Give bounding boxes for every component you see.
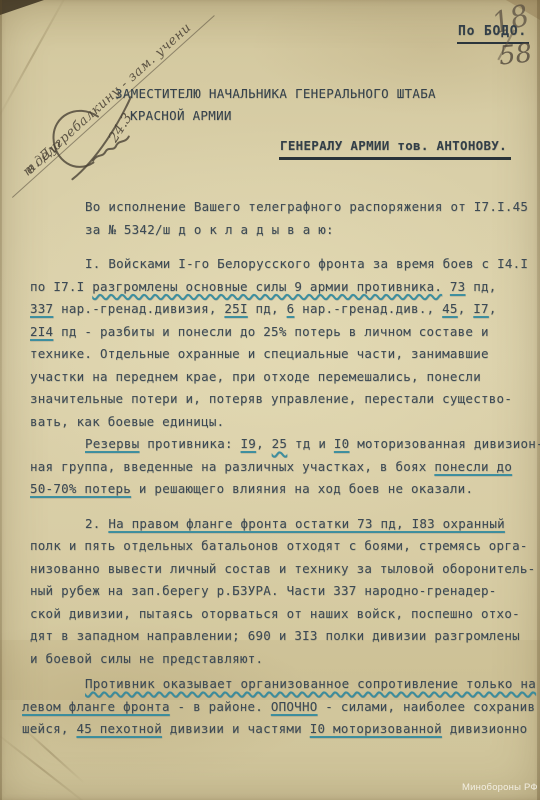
typed-text: тд и	[287, 436, 334, 451]
pencil-underlined-text: Противник оказывает организованное сопро…	[85, 676, 536, 691]
body-line: вать, как боевые единицы.	[30, 411, 540, 434]
typed-text: участки на переднем крае, при отходе пер…	[30, 369, 481, 384]
typed-text: значительные потери и, потеряв управлени…	[30, 391, 512, 406]
body-line: ный рубеж на зап.берегу р.БЗУРА. Части 3…	[30, 580, 540, 603]
pencil-underlined-text: I0 моторизованной	[310, 721, 442, 736]
typed-text: ная группа, введенные на различных участ…	[30, 459, 434, 474]
document-body: Во исполнение Вашего телеграфного распор…	[30, 196, 540, 741]
body-line: ской дивизии, пытаясь оторваться от наши…	[30, 603, 540, 626]
scanned-document-page: 18 По БОДО. 58 т. Дугребалкину - зам. уч…	[0, 0, 540, 800]
pencil-underlined-text: Резервы	[85, 436, 139, 451]
typed-text: ,	[489, 301, 497, 316]
body-line: по I7.I разгромлены основные силы 9 арми…	[30, 276, 540, 299]
body-line: низованно вывести личный состав и техник…	[30, 558, 540, 581]
typed-text: и боевой силы не представляют.	[30, 651, 263, 666]
paper-crease	[0, 731, 90, 800]
body-line: 337 нар.-гренад.дивизия, 25I пд, 6 нар.-…	[30, 298, 540, 321]
body-line: 50-70% потерь и решающего влияния на ход…	[30, 478, 540, 501]
scan-corner-shadow	[0, 0, 44, 15]
paragraph: Во исполнение Вашего телеграфного распор…	[30, 196, 540, 241]
typed-text: - силами, наиболее сохранив	[318, 699, 536, 714]
typed-text: пд - разбиты и понесли до 25% потерь в л…	[53, 324, 488, 339]
body-line: Резервы противника: I9, 25 тд и I0 мотор…	[30, 433, 540, 456]
pencil-underlined-text: левом фланге фронта	[22, 699, 170, 714]
pencil-underlined-text: 25	[272, 436, 288, 451]
body-line: участки на переднем крае, при отходе пер…	[30, 366, 540, 389]
body-line: технике. Отдельные охранные и специальны…	[30, 343, 540, 366]
paragraph: I. Войсками I-го Белорусского фронта за …	[30, 253, 540, 433]
body-line: дят в западном направлении; 690 и 3I3 по…	[30, 625, 540, 648]
body-line: левом фланге фронта - в районе. ОПОЧНО -…	[22, 696, 540, 719]
pencil-underlined-text: I0	[334, 436, 350, 451]
typed-text: по I7.I	[30, 279, 92, 294]
typed-text: пд,	[248, 301, 287, 316]
typed-text: дивизии и частями	[162, 721, 310, 736]
body-line: Противник оказывает организованное сопро…	[30, 673, 540, 696]
paper-edge-shadow	[0, 0, 2, 800]
typed-text: дивизионно	[442, 721, 528, 736]
pencil-underlined-text: разгромлены основные силы 9 армии против…	[92, 279, 442, 294]
typed-text: ,	[256, 436, 272, 451]
body-line: ная группа, введенные на различных участ…	[30, 456, 540, 479]
typed-text: ный рубеж на зап.берегу р.БЗУРА. Части 3…	[30, 583, 497, 598]
pencil-underlined-text: На правом фланге фронта остатки 73 пд, I…	[108, 516, 505, 531]
typed-text: моторизованная дивизион-	[349, 436, 540, 451]
typed-text: низованно вывести личный состав и техник…	[30, 561, 535, 576]
body-line: значительные потери и, потеряв управлени…	[30, 388, 540, 411]
pencil-underlined-text: понесли до	[434, 459, 512, 474]
typed-text: I. Войсками I-го Белорусского фронта за …	[85, 256, 528, 271]
body-line: I. Войсками I-го Белорусского фронта за …	[30, 253, 540, 276]
pencil-underlined-text: I7	[473, 301, 489, 316]
typed-text: Во исполнение Вашего телеграфного распор…	[85, 199, 528, 214]
paragraph: 2. На правом фланге фронта остатки 73 пд…	[30, 513, 540, 671]
body-line: за № 5342/ш д о к л а д ы в а ю:	[30, 219, 540, 242]
paragraph: Резервы противника: I9, 25 тд и I0 мотор…	[30, 433, 540, 501]
typed-text: шейся,	[22, 721, 76, 736]
typed-text: нар.-гренад.дивизия,	[53, 301, 224, 316]
pencil-underlined-text: 50-70% потерь	[30, 481, 131, 496]
typed-text: пд,	[465, 279, 496, 294]
addressee-line-3: ГЕНЕРАЛУ АРМИИ тов. АНТОНОВУ.	[279, 138, 511, 160]
typed-text: ской дивизии, пытаясь оторваться от наши…	[30, 606, 520, 621]
body-line: Во исполнение Вашего телеграфного распор…	[30, 196, 540, 219]
body-line: шейся, 45 пехотной дивизии и частями I0 …	[22, 718, 540, 741]
typed-text: 2.	[85, 516, 108, 531]
typed-text: - в районе.	[170, 699, 271, 714]
pencil-underlined-text: 45	[442, 301, 458, 316]
typed-text: и решающего влияния на ход боев не оказа…	[131, 481, 473, 496]
pencil-underlined-text: 73	[450, 279, 466, 294]
archive-watermark: Минобороны РФ	[462, 782, 538, 793]
typed-text: за № 5342/ш д о к л а д ы в а ю:	[85, 222, 334, 237]
paragraph: Противник оказывает организованное сопро…	[30, 673, 540, 741]
body-line: и боевой силы не представляют.	[30, 648, 540, 671]
pencil-underlined-text: 25I	[224, 301, 247, 316]
pencil-underlined-text: I9	[241, 436, 257, 451]
body-line: 2I4 пд - разбиты и понесли до 25% потерь…	[30, 321, 540, 344]
typed-text: нар.-гренад.див.,	[294, 301, 442, 316]
typed-text	[442, 279, 450, 294]
body-line: полк и пять отдельных батальонов отходят…	[30, 535, 540, 558]
typed-text: полк и пять отдельных батальонов отходят…	[30, 538, 528, 553]
pencil-underlined-text: 2I4	[30, 324, 53, 339]
typed-text: вать, как боевые единицы.	[30, 414, 224, 429]
pencil-page-number: 58	[498, 38, 534, 71]
addressee-line-2: КРАСНОЙ АРМИИ	[130, 108, 232, 123]
pencil-underlined-text: 337	[30, 301, 53, 316]
paper-crease	[0, 0, 70, 121]
typed-text: ,	[458, 301, 474, 316]
pencil-underlined-text: ОПОЧНО	[271, 699, 318, 714]
typed-text: технике. Отдельные охранные и специальны…	[30, 346, 489, 361]
typed-text: дят в западном направлении; 690 и 3I3 по…	[30, 628, 520, 643]
pencil-underlined-text: 45 пехотной	[76, 721, 162, 736]
addressee-line-1: ЗАМЕСТИТЕЛЮ НАЧАЛЬНИКА ГЕНЕРАЛЬНОГО ШТАБ…	[115, 86, 436, 101]
body-line: 2. На правом фланге фронта остатки 73 пд…	[30, 513, 540, 536]
typed-text: противника:	[139, 436, 240, 451]
